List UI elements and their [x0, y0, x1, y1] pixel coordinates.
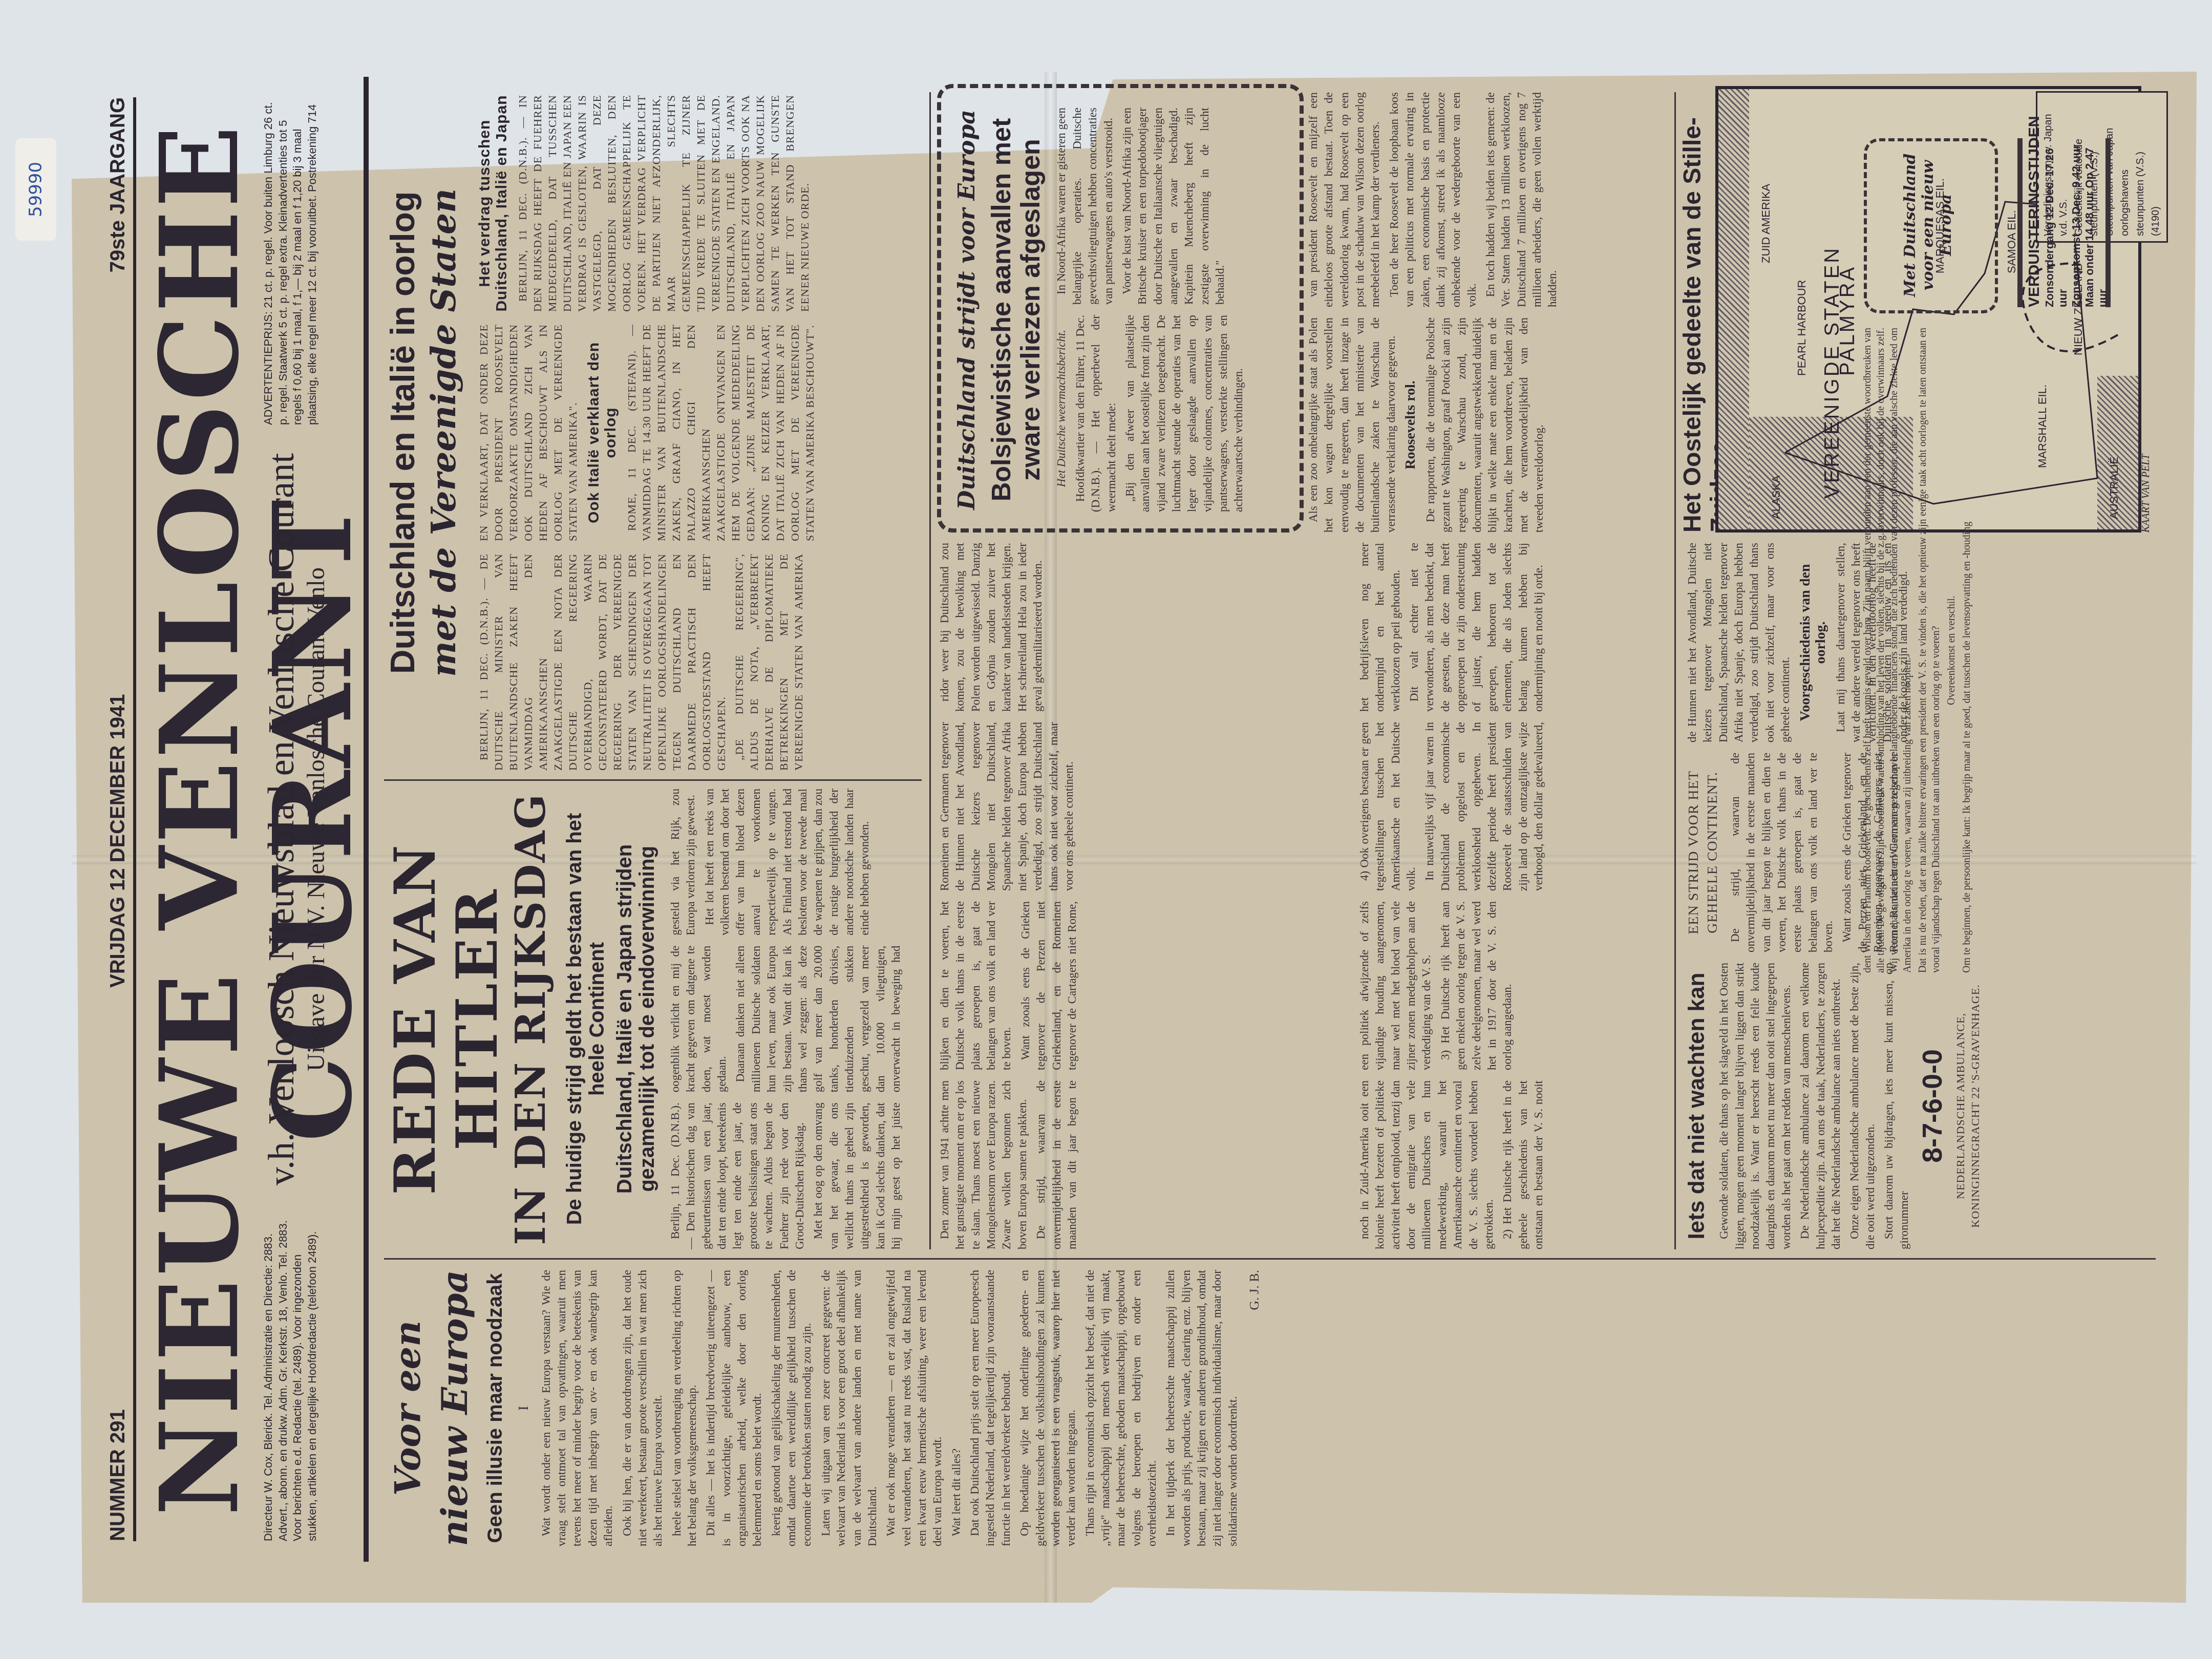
paragraph: heele stelsel van voortbrenging en verde… — [669, 1270, 700, 1546]
paragraph: Thans rijpt in economisch opzicht het be… — [1082, 1270, 1160, 1546]
headline-oorlog-line1: Duitschland en Italië in oorlog — [384, 95, 421, 771]
paragraph: De strijd, waarvan de onvermijdelijkheid… — [1728, 753, 1837, 952]
article-vs-points: noch in Zuid-Amerika ooit een kolonie he… — [1357, 543, 1664, 1249]
article-signature: G. J. B. — [1246, 1270, 1263, 1546]
section-marker: I — [515, 1270, 534, 1546]
legend-item: steunpunten (V.S.) — [2133, 98, 2148, 236]
paragraph: Den historischen dag van gebeurtenissen … — [684, 1102, 806, 1249]
verduistering-row: Maan onder 14.48 uur Op 2.47 uur — [2083, 138, 2110, 307]
article-bolsjewisme: Duitschland strijdt voor Europa Bolsjewi… — [952, 108, 1285, 512]
article-nieuw-europa: Voor een nieuw Europa Geen illusie maar … — [384, 1270, 2156, 1546]
paragraph: Dat is nu de reden, dat er na zulke bitt… — [1916, 328, 1943, 973]
masthead: NUMMER 291 VRIJDAG 12 DECEMBER 1941 79st… — [97, 77, 369, 1562]
slogan-line: Met Duitschland — [1901, 154, 1919, 297]
section-rule — [1674, 92, 1676, 1249]
headline-oorlog-line2: met de Vereenigde Staten — [421, 95, 466, 771]
section-rule — [929, 92, 931, 1249]
paragraph: In het tijdperk der beheerschte maatscha… — [1163, 1270, 1241, 1546]
paragraph: Als een zoo onbelangrijke staat als Pole… — [1306, 317, 1399, 533]
map-label: ALASKA — [1770, 475, 1783, 519]
subhead-continent: EEN STRIJD VOOR HET GEHEELE CONTINENT. — [1685, 753, 1722, 952]
map-id: (4190) — [2148, 98, 2163, 236]
paragraph: De Nederlandsche ambulance zal daarom ee… — [1797, 963, 1844, 1249]
subhead-nieuw-europa: Geen illusie maar noodzaak — [484, 1270, 506, 1546]
map-label: PEARL HARBOUR — [1795, 280, 1809, 376]
paragraph: Wat wordt onder een nieuw Europa verstaa… — [539, 1270, 616, 1546]
headline-rede-line1: REDE VAN HITLER — [384, 789, 508, 1249]
paragraph: En toch hadden wij beiden iets gemeen: d… — [1483, 92, 1561, 307]
article-rede-continued: Den zomer van 1941 achtte men het gunsti… — [937, 543, 1347, 1249]
subhead-rede-1: De huidige strijd geldt het bestaan van … — [563, 789, 608, 1249]
subhead-verdrag: Het verdrag tusschen Duitschland, Italië… — [476, 95, 510, 312]
row-label: Zonsopkomst 13 Dec. — [2070, 191, 2082, 307]
paragraph: van president Roosevelt en mijzelf een e… — [1306, 92, 1384, 307]
paragraph: ridor weer bij Duitschland zou komen, zo… — [937, 543, 1046, 712]
newspaper-title: NIEUWE VENLOSCHE COURANT — [143, 97, 369, 1541]
paragraph: Hoofdkwartier van den Führer, 11 Dec. (D… — [1073, 315, 1119, 512]
headline-rede-line2: IN DEN RIJKSDAG — [508, 789, 553, 1249]
legend-item: oorlogshavens — [2117, 98, 2133, 236]
column-rule — [384, 1258, 2156, 1260]
map-label: SAMOA EIL. — [2005, 210, 2018, 274]
paragraph: BERLIJN, 11 Dec. (D.N.B.). — DE DUITSCHE… — [476, 554, 729, 771]
paragraph: Wat leert dit alles? — [949, 1270, 964, 1546]
paragraph: In Noord-Afrika waren er gisteren geen b… — [1054, 108, 1116, 305]
paragraph: Laten wij uitgaan van een zeer concreet … — [818, 1270, 880, 1546]
bolsjewisme-body: Het Duitsche weermachtsbericht. Hoofdkwa… — [1054, 108, 1246, 512]
slogan-text: Met Duitschland voor een nieuw Europa — [1901, 148, 1955, 302]
paragraph: Onze eigen Nederlandsche ambulance moet … — [1847, 963, 1878, 1249]
giro-number: 8-7-6-0-0 — [1918, 963, 1948, 1249]
map-label: AUSTRALIË — [2108, 457, 2121, 519]
verduistering-title: VERDUISTERINGSTIJDEN — [2026, 138, 2043, 307]
paragraph: Dat ook Duitschland prijs stelt op een m… — [967, 1270, 1014, 1546]
article-rede-hitler: REDE VAN HITLER IN DEN RIJKSDAG De huidi… — [384, 789, 922, 1249]
paragraph: 3) Het Duitsche rijk heeft aan geen enke… — [1438, 901, 1516, 1070]
paragraph: dent Wilson en Franklin Roosevelt. De ge… — [1861, 328, 1914, 973]
article-wilson: dent Wilson en Franklin Roosevelt. De ge… — [1859, 328, 2094, 973]
masthead-topline: NUMMER 291 VRIJDAG 12 DECEMBER 1941 79st… — [102, 97, 136, 1541]
headline-nieuw-europa: Voor een nieuw Europa — [384, 1270, 479, 1546]
row-label: Maan onder 14.48 uur — [2083, 192, 2096, 307]
volume-number: 79ste JAARGANG — [107, 97, 130, 272]
headline-bolsjewisme: Bolsjewistische aanvallen met zware verl… — [987, 108, 1046, 512]
kicker-bolsjewisme: Duitschland strijdt voor Europa — [952, 108, 982, 512]
paragraph: Het lot heeft een reeks van volkeren bes… — [702, 789, 873, 935]
column-rule — [384, 779, 922, 781]
paragraph: Toen de heer Roosevelt de loopbaan koos … — [1387, 92, 1480, 307]
subhead-italie: Ook Italië verklaart den oorlog — [585, 324, 619, 541]
nieuw-europa-slogan: Met Duitschland voor een nieuw Europa — [1859, 143, 1997, 307]
paragraph: Voor de kust van Noord-Afrika zijn een B… — [1119, 108, 1228, 305]
paragraph: 4) Ook overigens bestaan er geen tegenst… — [1357, 722, 1419, 891]
paragraph: Ook bij hen, die er van doordrongen zijn… — [620, 1270, 666, 1546]
article-niet-wachten: Iets dat niet wachten kan Gewonde soldat… — [1685, 963, 2145, 1249]
paragraph: noch in Zuid-Amerika ooit een kolonie he… — [1357, 1080, 1497, 1249]
paragraph: Dit valt echter niet te verwonderen, als… — [1407, 543, 1546, 712]
paragraph: Dit alles — het is indertijd breedvoerig… — [703, 1270, 765, 1546]
paragraph: Het Duitsche weermachtsbericht. — [1054, 315, 1069, 512]
issue-number: NUMMER 291 — [107, 1409, 130, 1541]
paragraph: Stort daarom uw bijdragen, iets meer kun… — [1881, 963, 1912, 1249]
paragraph: „Bij den afweer van plaatselijke aanvall… — [1122, 315, 1247, 512]
issue-date: VRIJDAG 12 DECEMBER 1941 — [107, 694, 130, 988]
map-label: PALMYRA — [1836, 265, 1859, 376]
paragraph: keerig getoond van gelijkschakeling der … — [769, 1270, 815, 1546]
row-value: 9.42 uur — [2070, 144, 2082, 187]
subhead-voorgeschiedenis: Voorgeschiedenis van den oorlog. — [1798, 543, 1830, 742]
paragraph: Op hoedanige wijze het onderlinge goeder… — [1017, 1270, 1079, 1546]
subhead-roosevelt: Roosevelts rol. — [1403, 317, 1419, 533]
paragraph: Den zomer van 1941 achtte men het gunsti… — [937, 1080, 1030, 1249]
paragraph: Om te beginnen, de persoonlijke kant: Ik… — [1960, 328, 1973, 973]
paragraph: BERLIJN, 11 Dec. (D.N.B.). — IN DEN RIJK… — [515, 95, 813, 312]
row-label: Zonsondergang 12 Dec. — [2043, 180, 2056, 307]
oorlog-body: BERLIJN, 11 Dec. (D.N.B.). — DE DUITSCHE… — [476, 95, 818, 771]
paragraph: Wat er ook moge veranderen — en er zal o… — [883, 1270, 945, 1546]
paragraph: De rapporten, die de toenmalige Poolsche… — [1423, 317, 1547, 533]
map-label: ZUID AMERIKA — [1759, 184, 1773, 263]
verduisteringstijden-box: VERDUISTERINGSTIJDEN Zonsondergang 12 De… — [2017, 138, 2111, 307]
map-credit: KAART VAN PELT — [2140, 454, 2152, 533]
verduistering-row: Zonsopkomst 13 Dec. 9.42 uur — [2070, 138, 2083, 307]
catalog-label: 59990 — [15, 138, 56, 241]
subhead-rede-2: Duitschland, Italië en Japan strijden ge… — [613, 789, 658, 1249]
paragraph: Gewonde soldaten, die thans op het slagv… — [1716, 963, 1794, 1249]
ambulance-address: NEDERLANDSCHE AMBULANCE, KONINGINNEGRACH… — [1953, 963, 1983, 1249]
paragraph: Overeenkomst en verschil. — [1945, 328, 1958, 973]
headline-niet-wachten: Iets dat niet wachten kan — [1685, 963, 1709, 1249]
advertising-rates: ADVERTENTIEPRIJS: 21 ct. p. regel. Voor … — [261, 97, 320, 425]
rede-body: Berlijn, 11 Dec. (D.N.B.). — Den histori… — [668, 789, 904, 1249]
verduistering-row: Zonsondergang 12 Dec. 17.26 uur — [2043, 138, 2070, 307]
slogan-line: voor een — [1919, 217, 1937, 290]
article-oorlog-vs: Duitschland en Italië in oorlog met de V… — [384, 95, 922, 771]
paragraph: ROME, 11 Dec. (Stefani). — VANMIDDAG TE … — [624, 324, 817, 541]
article-roosevelt: Als een zoo onbelangrijke staat als Pole… — [1306, 92, 1664, 533]
